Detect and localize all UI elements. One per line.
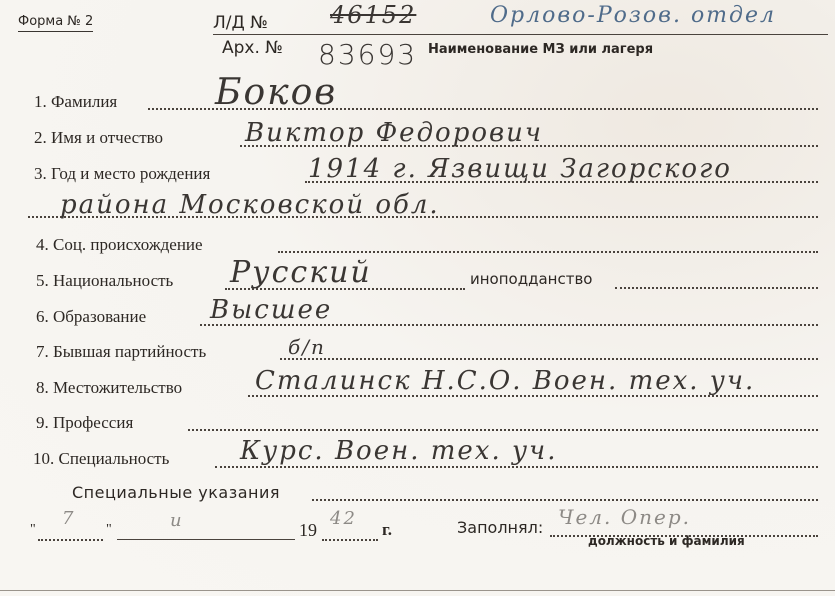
field-2-label: 2. Имя и отчество <box>34 128 163 148</box>
form-label: Форма № 2 <box>18 14 93 32</box>
card-bottom-edge <box>0 590 835 591</box>
year-suffix: г. <box>382 520 392 540</box>
camp-value: Орлово-Розов. отдел <box>490 3 776 28</box>
field-3-value: 1914 г. Язвищи Загорского <box>308 154 732 184</box>
field-1-value: Боков <box>215 72 337 113</box>
field-10-line <box>215 466 818 468</box>
special-line <box>312 499 818 501</box>
field-7-label: 7. Бывшая партийность <box>36 342 206 362</box>
field-2-value: Виктор Федорович <box>245 118 543 148</box>
quote-close: " <box>106 522 112 538</box>
arch-label: Арх. № <box>222 38 283 58</box>
ld-value: 46152 <box>330 1 416 29</box>
field-9-label: 9. Профессия <box>36 413 133 433</box>
citizenship-line <box>615 287 818 289</box>
field-3-value-line2: района Московской обл. <box>60 190 440 220</box>
field-8-value: Сталинск Н.С.О. Воен. тех. уч. <box>255 366 755 396</box>
filled-label: Заполнял: <box>457 518 543 537</box>
month-line <box>117 539 295 540</box>
field-6-value: Высшее <box>210 295 332 325</box>
field-8-label: 8. Местожительство <box>36 378 182 398</box>
arch-value: 83693 <box>318 38 417 71</box>
field-10-value: Курс. Воен. тех. уч. <box>240 436 558 466</box>
year-prefix: 19 <box>299 520 317 541</box>
quote-open: " <box>30 522 36 538</box>
citizenship-label: иноподданство <box>470 270 592 288</box>
field-1-label: 1. Фамилия <box>34 92 117 112</box>
day-value: 7 <box>62 508 75 529</box>
year-line <box>322 539 378 541</box>
field-9-line <box>188 429 818 431</box>
registration-card: Форма № 2 Л/Д № 46152 Орлово-Розов. отде… <box>0 0 835 596</box>
filled-caption: должность и фамилия <box>588 534 745 548</box>
field-6-label: 6. Образование <box>36 307 146 327</box>
filled-value: Чел. Опер. <box>558 505 691 529</box>
ld-label: Л/Д № <box>213 13 268 33</box>
field-3-label: 3. Год и место рождения <box>34 164 210 184</box>
field-4-label: 4. Соц. происхождение <box>36 235 203 255</box>
field-4-line <box>278 251 818 253</box>
month-value: и <box>170 510 184 531</box>
field-5-label: 5. Национальность <box>36 271 173 291</box>
field-7-value: б/п <box>288 335 326 359</box>
year-value: 42 <box>330 508 357 529</box>
field-5-value: Русский <box>230 255 372 290</box>
special-label: Специальные указания <box>72 483 280 502</box>
field-7-line <box>280 358 818 360</box>
camp-label: Наименование МЗ или лагеря <box>428 42 653 57</box>
day-line <box>38 539 103 541</box>
field-10-label: 10. Специальность <box>33 449 169 469</box>
ld-line <box>213 34 828 35</box>
